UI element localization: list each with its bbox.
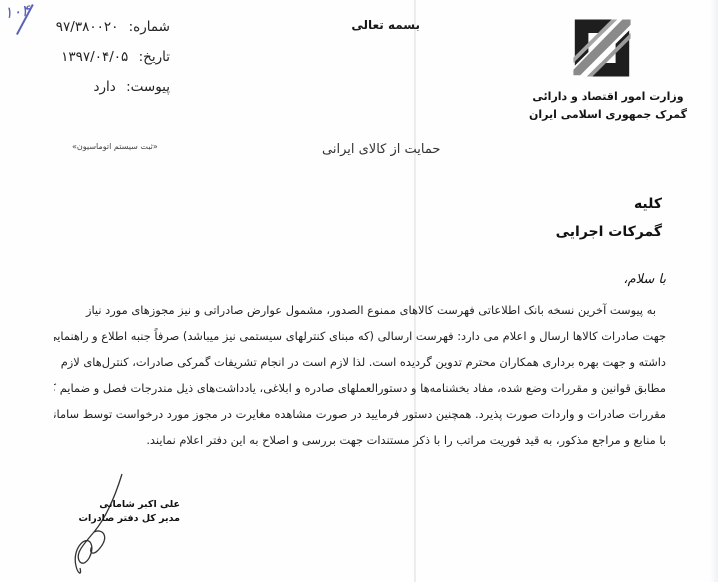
letter-page: وزارت امور اقتصاد و دارائی گمرک جمهوری ا… (0, 0, 718, 582)
letter-body: به پیوست آخرین نسخه بانک اطلاعاتی فهرست … (54, 297, 666, 453)
number-value: ۹۷/۳۸۰۰۲۰ (56, 19, 119, 35)
slogan: حمایت از کالای ایرانی (322, 142, 440, 157)
signature-block: علی اکبر شامانی مدیر کل دفتر صادرات (80, 498, 180, 526)
body-line: داشته و جهت بهره برداری همکاران محترم تد… (54, 349, 666, 375)
recipient-block: کلیه گمرکات اجرایی (556, 190, 662, 246)
date-value: ۱۳۹۷/۰۴/۰۵ (61, 49, 128, 65)
body-line: مقررات صادرات و واردات صورت پذیرد. همچنی… (54, 401, 666, 427)
date-label: تاریخ: (139, 49, 170, 65)
greeting: با سلام، (623, 272, 666, 287)
org-customs: گمرک جمهوری اسلامی ایران (528, 106, 688, 124)
body-line: با منابع و مراجع مذکور، به قید فوریت مرا… (54, 427, 666, 453)
recipient-line-1: کلیه (556, 190, 662, 218)
page-fold-line (414, 0, 416, 582)
letterhead: وزارت امور اقتصاد و دارائی گمرک جمهوری ا… (528, 14, 688, 124)
signatory-title: مدیر کل دفتر صادرات (80, 512, 180, 526)
body-line: مطابق قوانین و مقررات وضع شده، مفاد بخشن… (54, 375, 666, 401)
org-ministry: وزارت امور اقتصاد و دارائی (528, 88, 688, 106)
attachment-label: پیوست: (126, 79, 170, 95)
attachment-value: دارد (93, 79, 115, 95)
meta-date: تاریخ: ۱۳۹۷/۰۴/۰۵ (30, 44, 170, 74)
system-registration-note: «ثبت سیستم اتوماسیون» (72, 142, 158, 151)
recipient-line-2: گمرکات اجرایی (556, 218, 662, 246)
meta-attachment: پیوست: دارد (30, 74, 170, 104)
page-edge-shadow (710, 0, 718, 582)
letter-meta: شماره: ۹۷/۳۸۰۰۲۰ تاریخ: ۱۳۹۷/۰۴/۰۵ پیوست… (30, 14, 170, 104)
customs-logo-icon (568, 14, 636, 82)
body-line: جهت صادرات کالاها ارسال و اعلام می دارد:… (54, 323, 666, 349)
number-label: شماره: (129, 19, 170, 35)
meta-number: شماره: ۹۷/۳۸۰۰۲۰ (30, 14, 170, 44)
body-line: به پیوست آخرین نسخه بانک اطلاعاتی فهرست … (54, 297, 666, 323)
signatory-name: علی اکبر شامانی (80, 498, 180, 512)
basmala-heading: بسمه تعالی (350, 18, 420, 32)
